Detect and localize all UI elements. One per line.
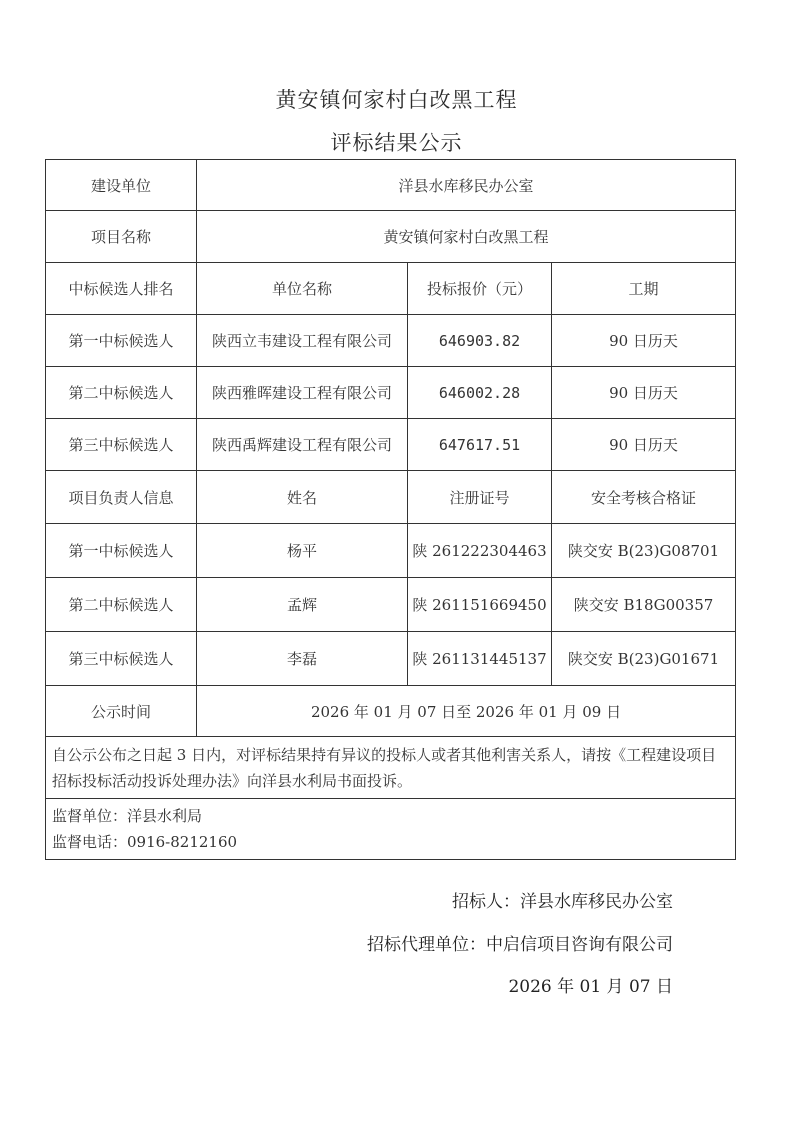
manager-reg-no: 陕 261131445137 (408, 632, 552, 686)
manager-name: 杨平 (197, 524, 408, 578)
publicity-value: 2026 年 01 月 07 日至 2026 年 01 月 09 日 (197, 686, 736, 737)
notice-row: 自公示公布之日起 3 日内，对评标结果持有异议的投标人或者其他利害关系人，请按《… (46, 737, 736, 799)
publicity-row: 公示时间 2026 年 01 月 07 日至 2026 年 01 月 09 日 (46, 686, 736, 737)
project-row: 项目名称 黄安镇何家村白改黑工程 (46, 211, 736, 263)
managers-header-reg-no: 注册证号 (408, 471, 552, 524)
document-title: 黄安镇何家村白改黑工程 (0, 84, 793, 114)
header-company: 单位名称 (197, 263, 408, 315)
owner-label: 建设单位 (46, 160, 197, 211)
project-label: 项目名称 (46, 211, 197, 263)
managers-header-safety-cert: 安全考核合格证 (552, 471, 736, 524)
candidate-bid-price: 646002.28 (408, 367, 552, 419)
tenderer: 招标人：洋县水库移民办公室 (452, 887, 673, 912)
managers-header-label: 项目负责人信息 (46, 471, 197, 524)
supervisor-row: 监督单位：洋县水利局 监督电话：0916-8212160 (46, 799, 736, 860)
manager-safety-cert: 陕交安 B(23)G01671 (552, 632, 736, 686)
supervisor-unit: 监督单位：洋县水利局 (52, 803, 729, 829)
candidate-rank: 第一中标候选人 (46, 315, 197, 367)
candidate-bid-price: 647617.51 (408, 419, 552, 471)
manager-rank: 第一中标候选人 (46, 524, 197, 578)
table-row: 第二中标候选人 孟辉 陕 261151669450 陕交安 B18G00357 (46, 578, 736, 632)
supervisor-phone: 监督电话：0916-8212160 (52, 829, 729, 855)
managers-header-row: 项目负责人信息 姓名 注册证号 安全考核合格证 (46, 471, 736, 524)
candidate-bid-price: 646903.82 (408, 315, 552, 367)
manager-name: 孟辉 (197, 578, 408, 632)
candidate-rank: 第三中标候选人 (46, 419, 197, 471)
header-rank: 中标候选人排名 (46, 263, 197, 315)
candidate-company: 陕西立韦建设工程有限公司 (197, 315, 408, 367)
candidate-rank: 第二中标候选人 (46, 367, 197, 419)
signature-date: 2026 年 01 月 07 日 (508, 972, 673, 997)
manager-reg-no: 陕 261151669450 (408, 578, 552, 632)
manager-rank: 第三中标候选人 (46, 632, 197, 686)
table-row: 第一中标候选人 陕西立韦建设工程有限公司 646903.82 90 日历天 (46, 315, 736, 367)
project-value: 黄安镇何家村白改黑工程 (197, 211, 736, 263)
manager-reg-no: 陕 261222304463 (408, 524, 552, 578)
complaint-notice: 自公示公布之日起 3 日内，对评标结果持有异议的投标人或者其他利害关系人，请按《… (46, 737, 736, 799)
owner-value: 洋县水库移民办公室 (197, 160, 736, 211)
candidate-company: 陕西雅晖建设工程有限公司 (197, 367, 408, 419)
manager-rank: 第二中标候选人 (46, 578, 197, 632)
candidate-period: 90 日历天 (552, 419, 736, 471)
table-row: 第三中标候选人 陕西禹辉建设工程有限公司 647617.51 90 日历天 (46, 419, 736, 471)
owner-row: 建设单位 洋县水库移民办公室 (46, 160, 736, 211)
manager-safety-cert: 陕交安 B(23)G08701 (552, 524, 736, 578)
candidate-company: 陕西禹辉建设工程有限公司 (197, 419, 408, 471)
candidates-header-row: 中标候选人排名 单位名称 投标报价（元） 工期 (46, 263, 736, 315)
supervisor-info: 监督单位：洋县水利局 监督电话：0916-8212160 (46, 799, 736, 860)
publicity-label: 公示时间 (46, 686, 197, 737)
table-row: 第三中标候选人 李磊 陕 261131445137 陕交安 B(23)G0167… (46, 632, 736, 686)
table-row: 第二中标候选人 陕西雅晖建设工程有限公司 646002.28 90 日历天 (46, 367, 736, 419)
candidate-period: 90 日历天 (552, 367, 736, 419)
table-row: 第一中标候选人 杨平 陕 261222304463 陕交安 B(23)G0870… (46, 524, 736, 578)
header-period: 工期 (552, 263, 736, 315)
tender-agent: 招标代理单位：中启信项目咨询有限公司 (367, 930, 673, 955)
managers-header-name: 姓名 (197, 471, 408, 524)
manager-name: 李磊 (197, 632, 408, 686)
results-table: 建设单位 洋县水库移民办公室 项目名称 黄安镇何家村白改黑工程 中标候选人排名 … (45, 159, 736, 860)
header-bid-price: 投标报价（元） (408, 263, 552, 315)
candidate-period: 90 日历天 (552, 315, 736, 367)
document-subtitle: 评标结果公示 (0, 127, 793, 157)
manager-safety-cert: 陕交安 B18G00357 (552, 578, 736, 632)
